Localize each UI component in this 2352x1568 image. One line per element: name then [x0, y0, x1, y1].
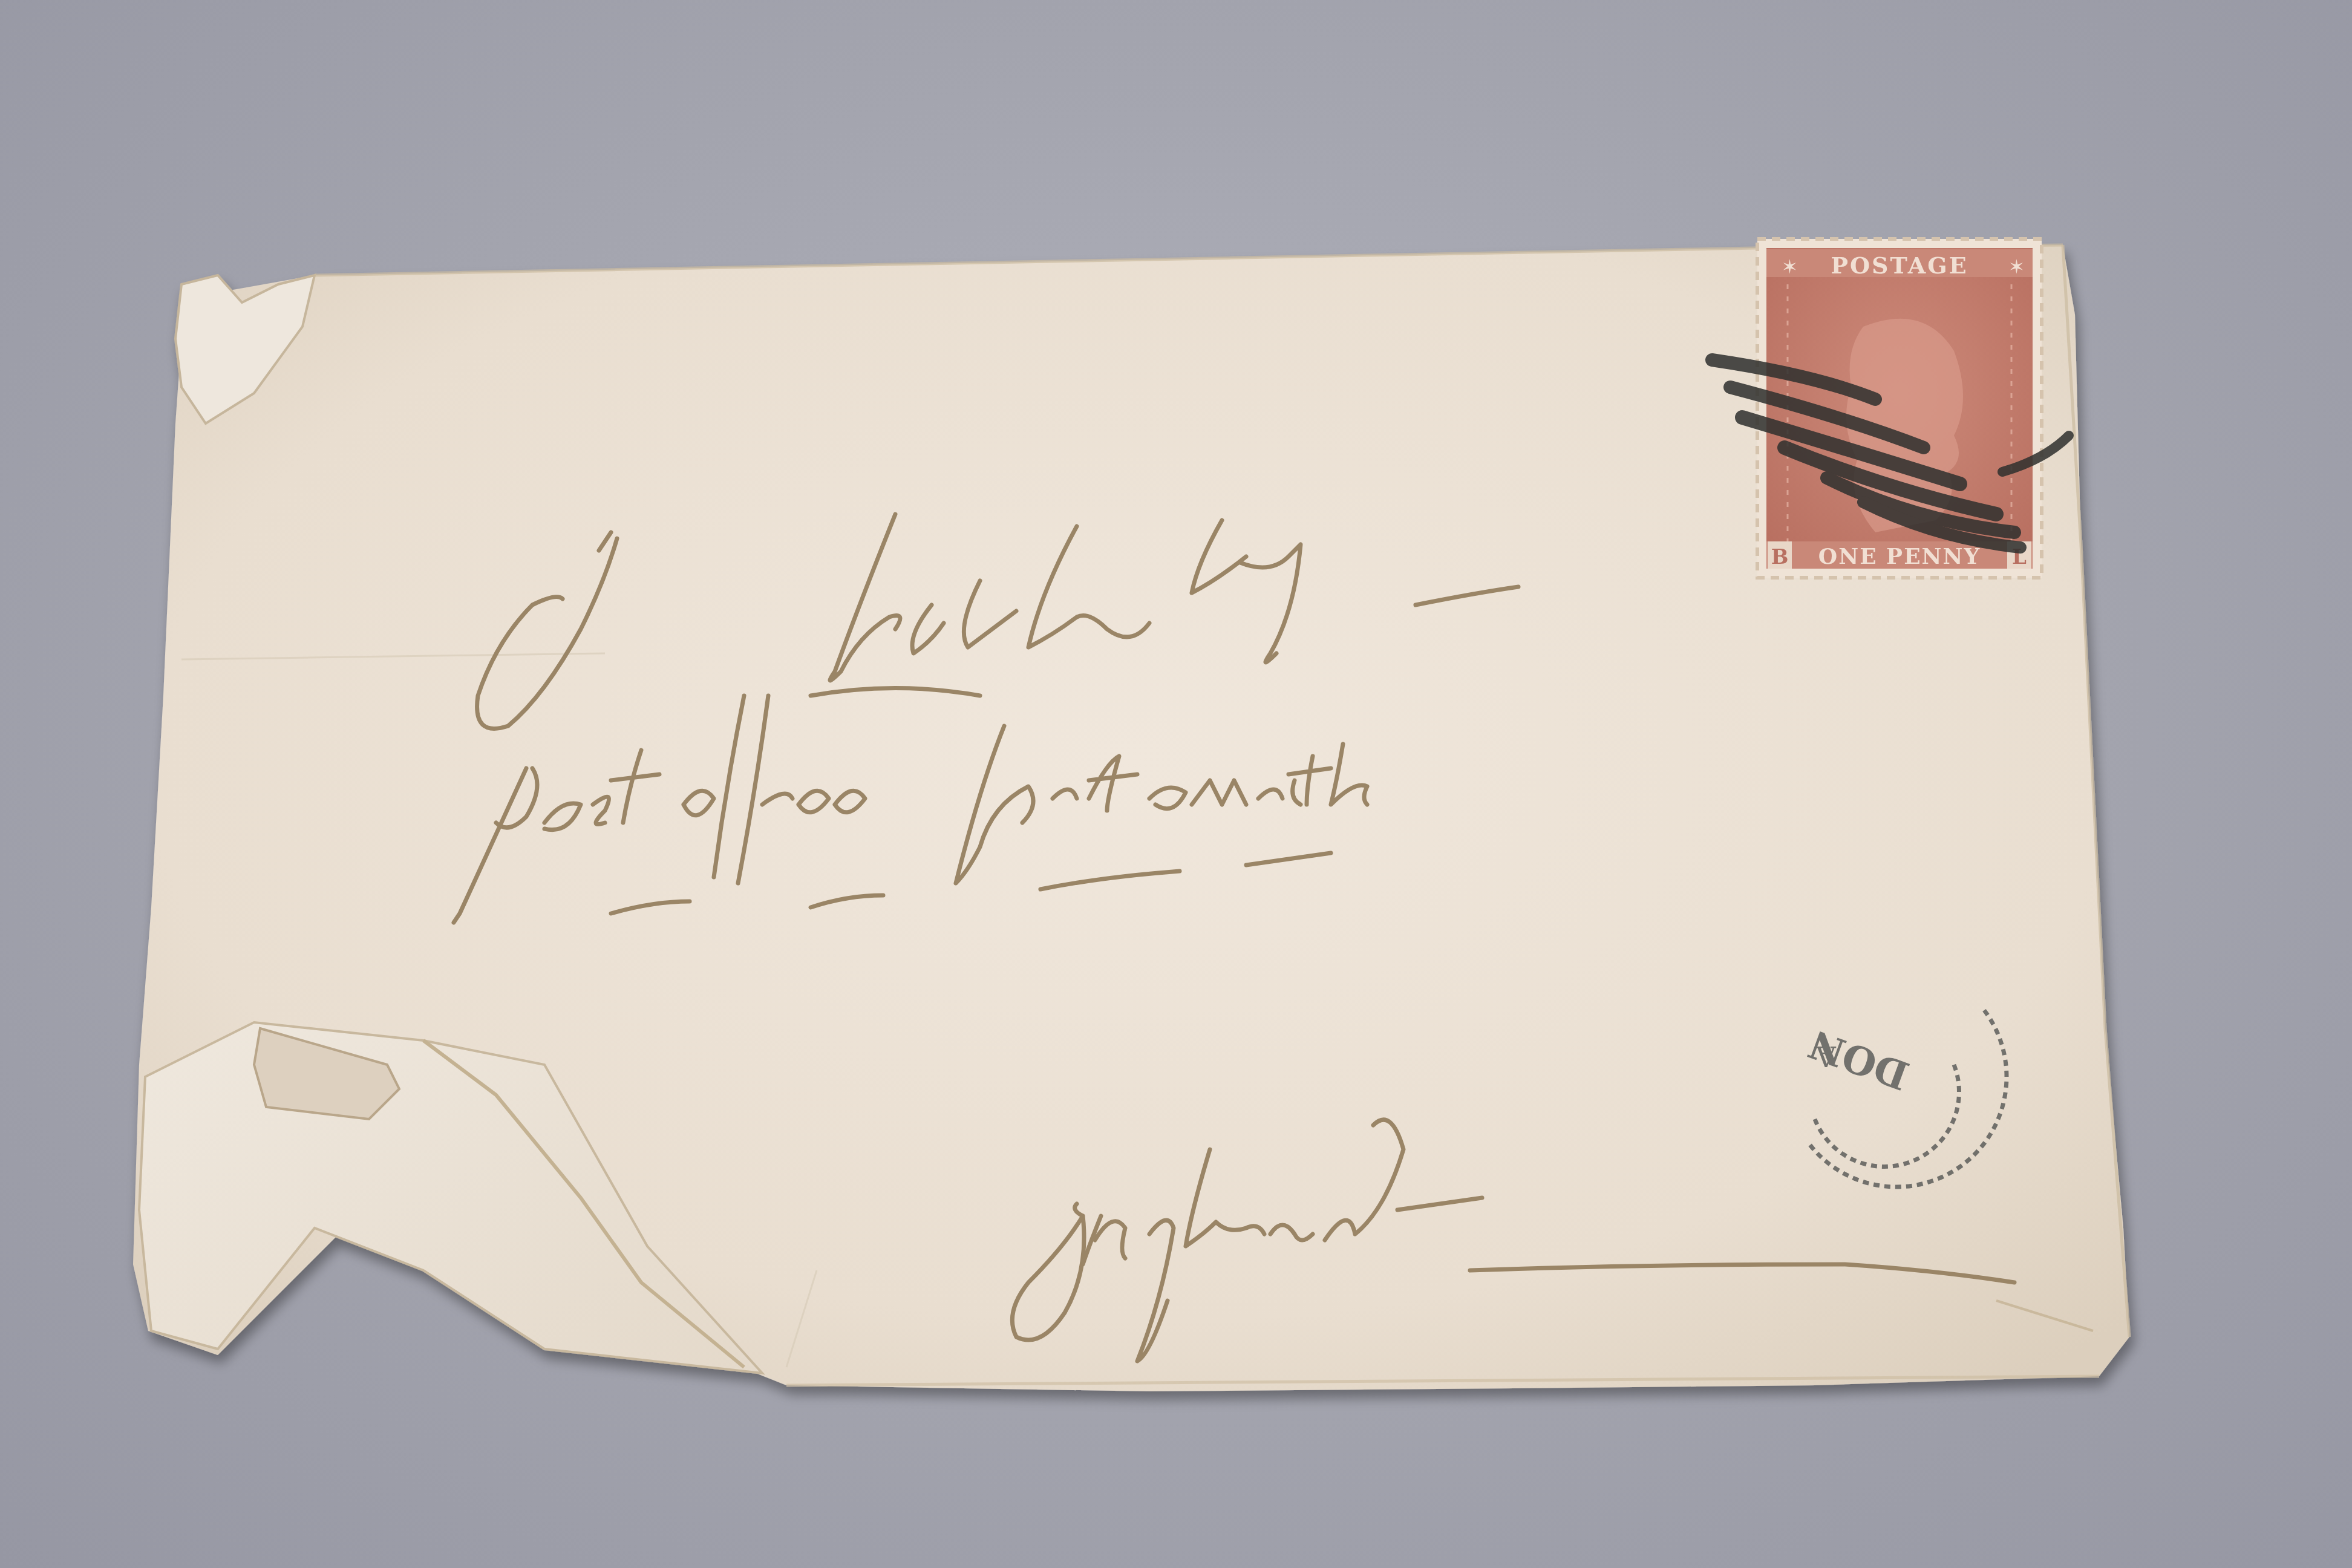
stamp-star-right-icon: ✶ [2008, 255, 2025, 278]
postmark-letter: A [1815, 1040, 1837, 1073]
stamp-top-label: POSTAGE [1831, 252, 1968, 279]
photo-background: POSTAGE ✶ ✶ B L ONE PENNY [0, 0, 2352, 1568]
stamp-star-left-icon: ✶ [1782, 255, 1798, 278]
stamp-bottom-label: ONE PENNY [1818, 544, 1981, 569]
stamp-corner-letter-left: B [1771, 545, 1789, 569]
envelope-photo: POSTAGE ✶ ✶ B L ONE PENNY [0, 0, 2352, 1568]
